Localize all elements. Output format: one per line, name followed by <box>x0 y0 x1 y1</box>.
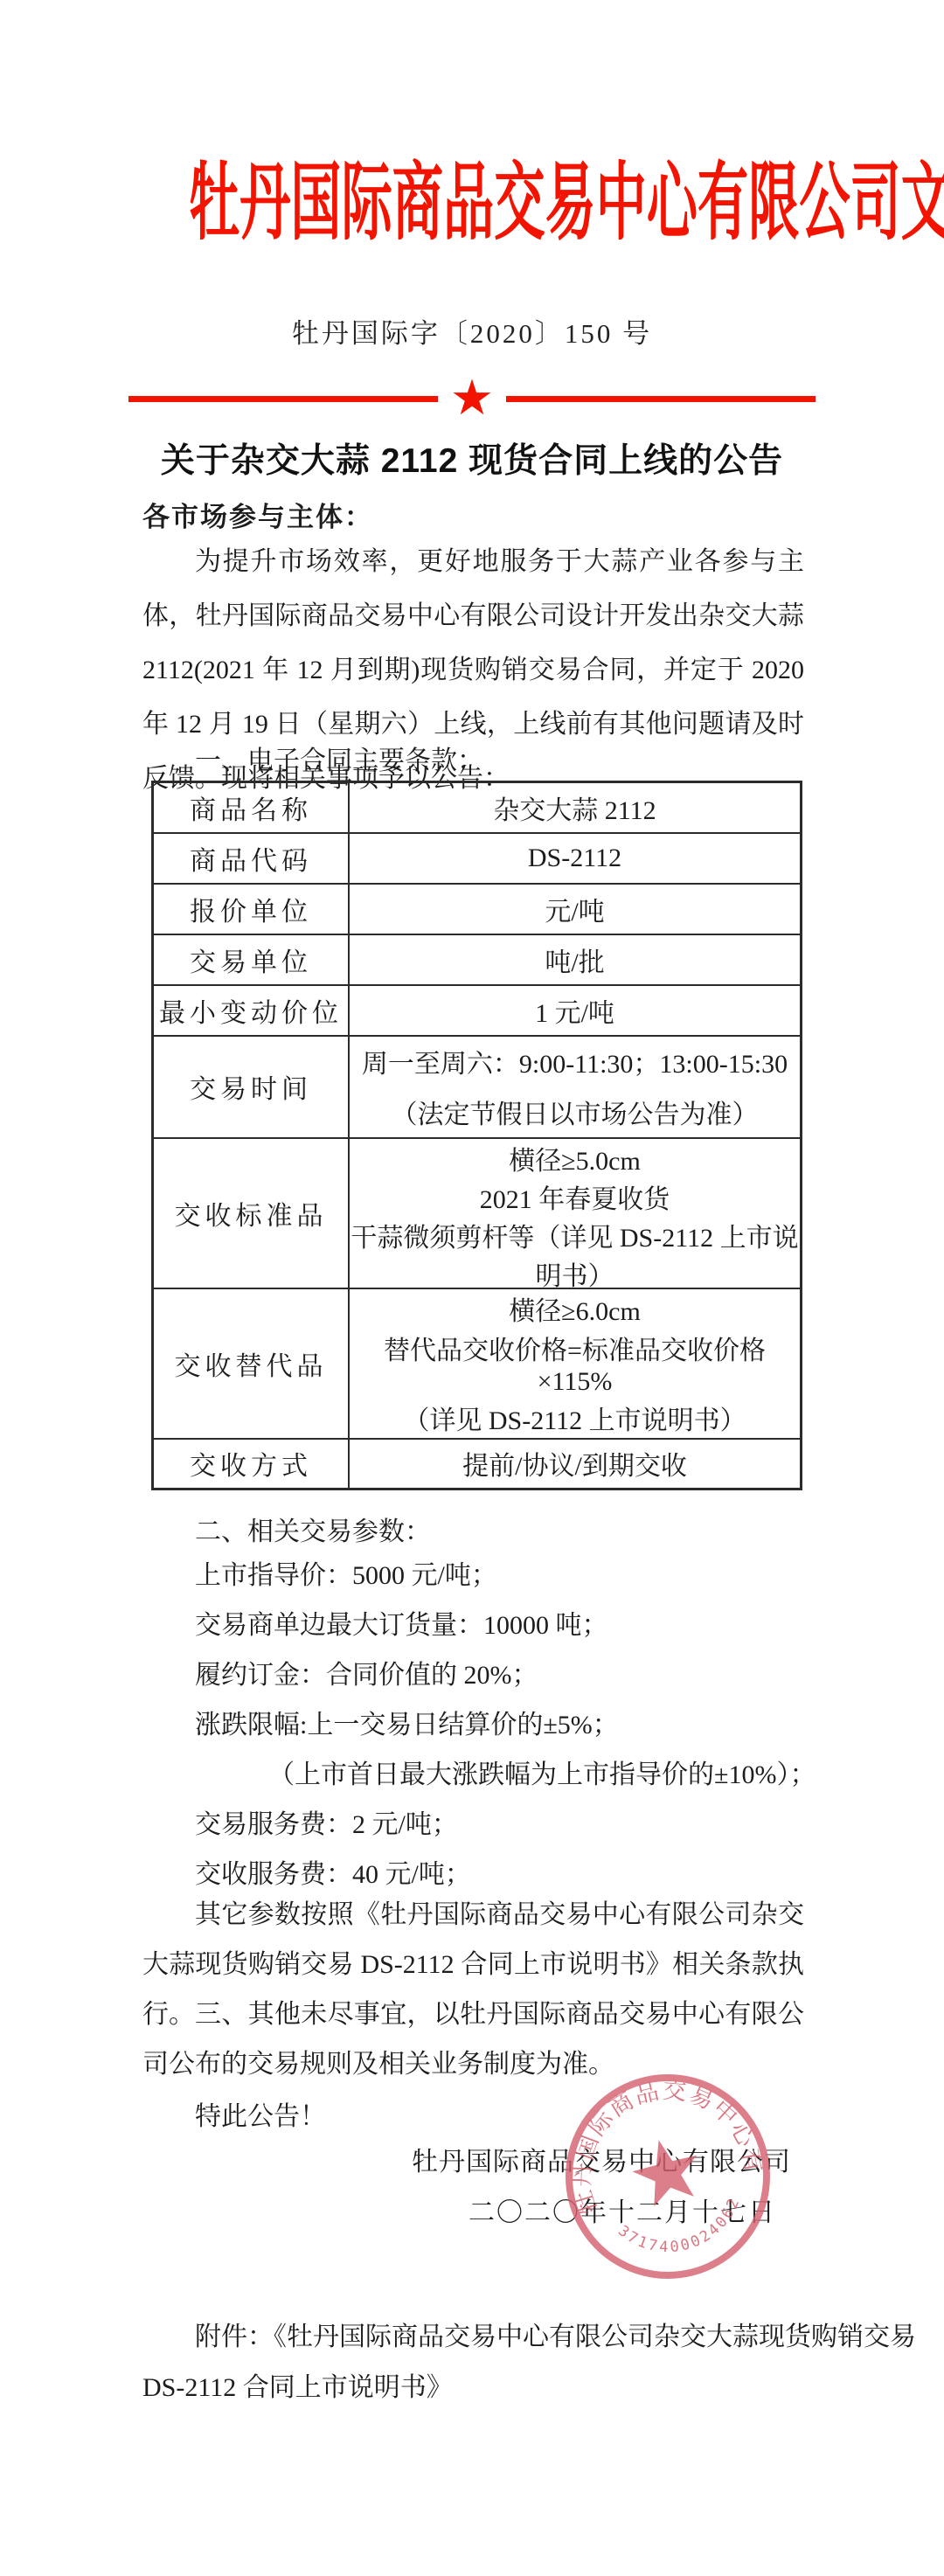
red-divider: ★ <box>128 378 816 420</box>
table-row: 商品代码 DS-2112 <box>153 833 802 884</box>
row-value: 1 元/吨 <box>349 985 802 1036</box>
table-row: 商品名称 杂交大蒜 2112 <box>153 782 802 833</box>
contract-terms-table: 商品名称 杂交大蒜 2112 商品代码 DS-2112 报价单位 元/吨 交易单… <box>151 781 802 1490</box>
row-value: 周一至周六：9:00-11:30；13:00-15:30 （法定节假日以市场公告… <box>349 1036 802 1138</box>
param-line: 涨跌限幅:上一交易日结算价的±5%； <box>142 1700 859 1750</box>
row-value: 元/吨 <box>349 884 802 934</box>
row-value-line: 干蒜微须剪杆等（详见 DS-2112 上市说明书） <box>350 1216 800 1293</box>
table-row: 最小变动价位 1 元/吨 <box>153 985 802 1036</box>
row-value: 横径≥5.0cm 2021 年春夏收货 干蒜微须剪杆等（详见 DS-2112 上… <box>349 1138 802 1288</box>
row-value: 横径≥6.0cm 替代品交收价格=标准品交收价格×115% （详见 DS-211… <box>349 1288 802 1439</box>
attachment-line-2: DS-2112 合同上市说明书》 <box>142 2365 453 2404</box>
divider-line-left <box>128 396 438 402</box>
param-line: 履约订金：合同价值的 20%； <box>142 1650 859 1700</box>
section-1-heading: 一、电子合同主要条款： <box>195 739 483 777</box>
salutation: 各市场参与主体： <box>142 495 373 534</box>
row-label: 交易单位 <box>153 934 350 985</box>
svg-text:3717400024062: 3717400024062 <box>611 2191 753 2270</box>
seal-star-icon <box>627 2132 706 2210</box>
row-label: 报价单位 <box>153 884 350 934</box>
official-seal-stamp: 牡丹国际商品交易中心有限公司 3717400024062 <box>558 2066 778 2287</box>
row-value: DS-2112 <box>349 833 802 884</box>
param-subline: （上市首日最大涨跌幅为上市指导价的±10%）； <box>142 1750 859 1800</box>
document-header-title: 牡丹国际商品交易中心有限公司文件 <box>189 147 755 260</box>
row-label: 商品代码 <box>153 833 350 884</box>
row-value-line: 横径≥6.0cm <box>350 1289 800 1328</box>
row-label: 交收方式 <box>153 1439 350 1489</box>
param-line: 上市指导价：5000 元/吨； <box>142 1551 859 1600</box>
seal-number: 3717400024062 <box>611 2191 753 2270</box>
row-value-line: 横径≥5.0cm <box>350 1139 800 1177</box>
row-value: 吨/批 <box>349 934 802 985</box>
document-number: 牡丹国际字〔2020〕150 号 <box>0 311 944 351</box>
param-line: 交易商单边最大订货量：10000 吨； <box>142 1600 859 1650</box>
row-label: 商品名称 <box>153 782 350 833</box>
row-label: 交收标准品 <box>153 1138 350 1288</box>
row-label: 交收替代品 <box>153 1288 350 1439</box>
closing-line: 特此公告！ <box>195 2094 326 2133</box>
row-label: 最小变动价位 <box>153 985 350 1036</box>
star-icon: ★ <box>438 378 506 420</box>
table-row: 交收方式 提前/协议/到期交收 <box>153 1439 802 1489</box>
row-value-line: （详见 DS-2112 上市说明书） <box>350 1399 800 1437</box>
table-row: 交易单位 吨/批 <box>153 934 802 985</box>
row-value: 提前/协议/到期交收 <box>349 1439 802 1489</box>
announcement-title: 关于杂交大蒜 2112 现货合同上线的公告 <box>0 434 944 483</box>
row-label: 交易时间 <box>153 1036 350 1138</box>
divider-line-right <box>506 396 816 402</box>
row-value-line: 周一至周六：9:00-11:30；13:00-15:30 <box>350 1042 800 1080</box>
section-2-heading: 二、相关交易参数： <box>195 1510 431 1548</box>
table-row: 交易时间 周一至周六：9:00-11:30；13:00-15:30 （法定节假日… <box>153 1036 802 1138</box>
table-row: 交收标准品 横径≥5.0cm 2021 年春夏收货 干蒜微须剪杆等（详见 DS-… <box>153 1138 802 1288</box>
table-row: 报价单位 元/吨 <box>153 884 802 934</box>
table-row: 交收替代品 横径≥6.0cm 替代品交收价格=标准品交收价格×115% （详见 … <box>153 1288 802 1439</box>
param-line: 交易服务费：2 元/吨； <box>142 1800 859 1850</box>
row-value-line: 替代品交收价格=标准品交收价格×115% <box>350 1329 800 1397</box>
row-value-line: （法定节假日以市场公告为准） <box>350 1093 800 1131</box>
row-value: 杂交大蒜 2112 <box>349 782 802 833</box>
row-value-line: 2021 年春夏收货 <box>350 1177 800 1216</box>
attachment-line-1: 附件：《牡丹国际商品交易中心有限公司杂交大蒜现货购销交易 <box>142 2315 894 2353</box>
trade-parameters-list: 上市指导价：5000 元/吨； 交易商单边最大订货量：10000 吨； 履约订金… <box>142 1551 859 1899</box>
document-page: 牡丹国际商品交易中心有限公司文件 牡丹国际字〔2020〕150 号 ★ 关于杂交… <box>0 0 944 2576</box>
